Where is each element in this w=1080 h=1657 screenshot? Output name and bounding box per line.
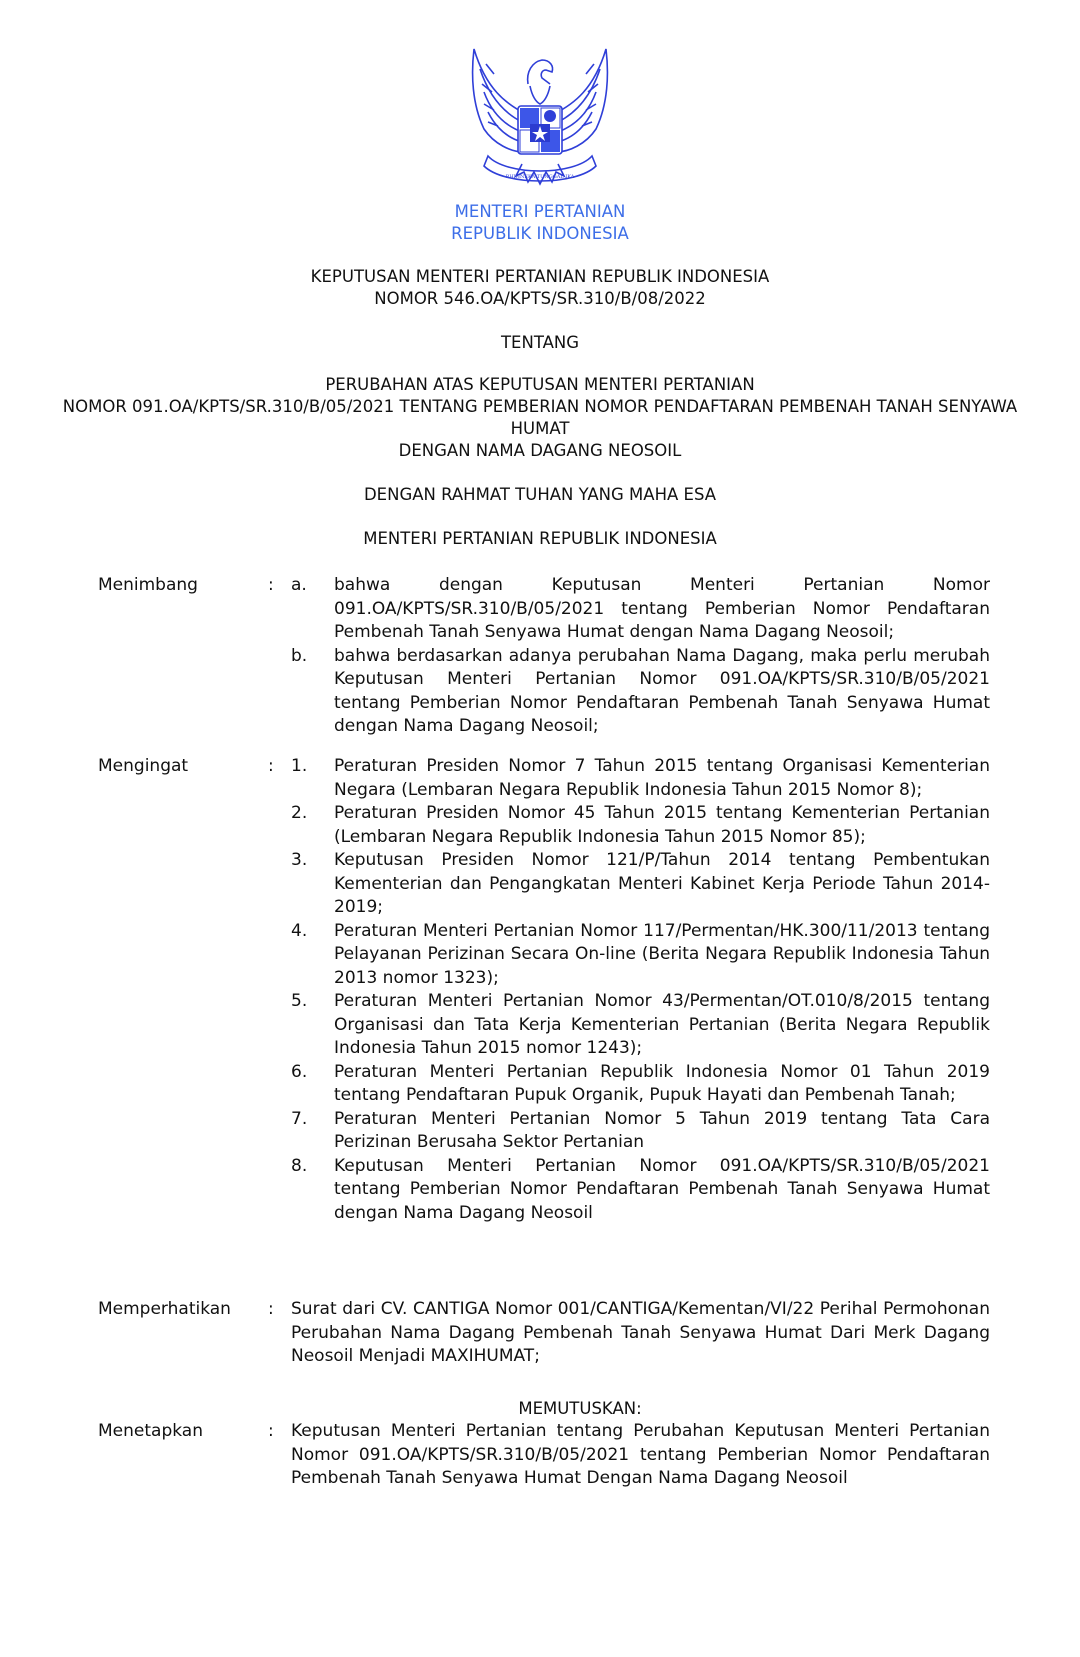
garuda-emblem-icon: BHINNEKA TUNGGAL IKA xyxy=(466,44,614,200)
rahmat-line: DENGAN RAHMAT TUHAN YANG MAHA ESA xyxy=(0,483,1080,506)
subject-line-1: PERUBAHAN ATAS KEPUTUSAN MENTERI PERTANI… xyxy=(0,373,1080,396)
list-item: 1. Peraturan Presiden Nomor 7 Tahun 2015… xyxy=(291,755,990,802)
section-label: Menetapkan xyxy=(98,1420,203,1444)
section-label: Memperhatikan xyxy=(98,1298,231,1322)
subject-line-2: NOMOR 091.OA/KPTS/SR.310/B/05/2021 TENTA… xyxy=(0,395,1080,418)
ministry-name: MENTERI PERTANIAN xyxy=(0,200,1080,223)
list-item: 4. Peraturan Menteri Pertanian Nomor 117… xyxy=(291,920,990,991)
ministry-country: REPUBLIK INDONESIA xyxy=(0,222,1080,245)
tentang-heading: TENTANG xyxy=(0,331,1080,354)
section-colon: : xyxy=(268,1298,274,1322)
list-item: 6. Peraturan Menteri Pertanian Republik … xyxy=(291,1061,990,1108)
list-item: 8. Keputusan Menteri Pertanian Nomor 091… xyxy=(291,1155,990,1226)
section-colon: : xyxy=(268,755,274,779)
list-item: 5. Peraturan Menteri Pertanian Nomor 43/… xyxy=(291,990,990,1061)
menetapkan-text: Keputusan Menteri Pertanian tentang Peru… xyxy=(291,1420,990,1491)
decree-number: NOMOR 546.OA/KPTS/SR.310/B/08/2022 xyxy=(0,287,1080,310)
section-colon: : xyxy=(268,574,274,598)
list-item: b. bahwa berdasarkan adanya perubahan Na… xyxy=(291,645,990,739)
list-item: 3. Keputusan Presiden Nomor 121/P/Tahun … xyxy=(291,849,990,920)
section-label: Menimbang xyxy=(98,574,198,598)
issuer-line: MENTERI PERTANIAN REPUBLIK INDONESIA xyxy=(0,527,1080,550)
memperhatikan-text: Surat dari CV. CANTIGA Nomor 001/CANTIGA… xyxy=(291,1298,990,1369)
section-label: Mengingat xyxy=(98,755,188,779)
subject-line-4: DENGAN NAMA DAGANG NEOSOIL xyxy=(0,439,1080,462)
decree-title: KEPUTUSAN MENTERI PERTANIAN REPUBLIK IND… xyxy=(0,265,1080,288)
subject-line-3: HUMAT xyxy=(0,417,1080,440)
svg-text:BHINNEKA TUNGGAL IKA: BHINNEKA TUNGGAL IKA xyxy=(506,174,575,180)
section-colon: : xyxy=(268,1420,274,1444)
memutuskan-heading: MEMUTUSKAN: xyxy=(40,1397,1080,1420)
list-item: 2. Peraturan Presiden Nomor 45 Tahun 201… xyxy=(291,802,990,849)
list-item: 7. Peraturan Menteri Pertanian Nomor 5 T… xyxy=(291,1108,990,1155)
list-item: a. bahwa dengan Keputusan Menteri Pertan… xyxy=(291,574,990,645)
